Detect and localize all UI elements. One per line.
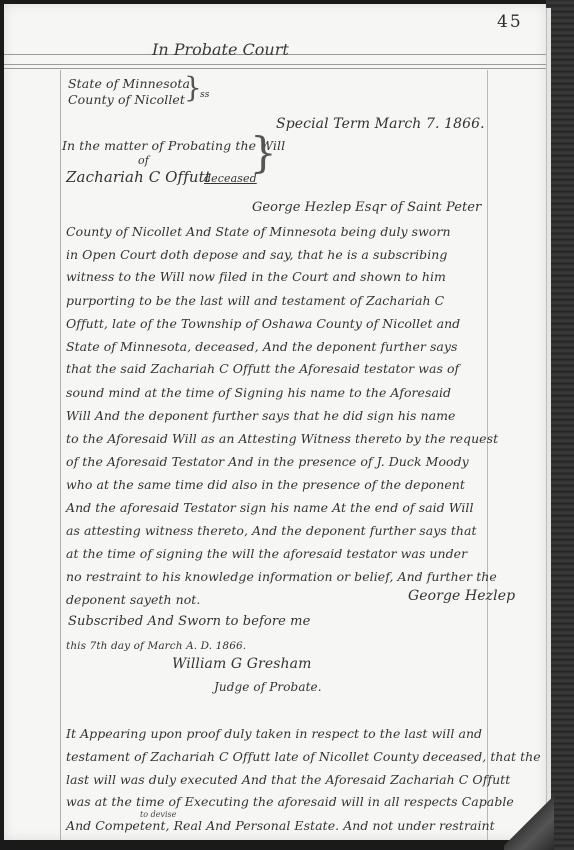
certificate-line: was at the time of Executing the aforesa… xyxy=(66,794,514,809)
matter-bracket: } xyxy=(250,132,277,174)
deposition-line: Will And the deponent further says that … xyxy=(66,408,455,423)
deposition-line: purporting to be the last will and testa… xyxy=(66,293,444,308)
right-margin-rule xyxy=(487,70,488,840)
judge-title: Judge of Probate. xyxy=(214,680,322,694)
deposition-line: who at the same time did also in the pre… xyxy=(66,477,465,492)
venue-ss: ss xyxy=(200,90,209,100)
deposition-line: to the Aforesaid Will as an Attesting Wi… xyxy=(66,431,498,446)
page-number: 45 xyxy=(497,12,523,32)
deposition-line: in Open Court doth depose and say, that … xyxy=(66,247,447,262)
decedent-name: Zachariah C Offutt xyxy=(66,168,211,186)
left-margin-rule xyxy=(60,70,61,840)
deposition-line: Offutt, late of the Township of Oshawa C… xyxy=(66,316,460,331)
certificate-line: testament of Zachariah C Offutt late of … xyxy=(66,749,541,764)
matter-of: of xyxy=(138,154,149,167)
deposition-line: State of Minnesota, deceased, And the de… xyxy=(66,339,458,354)
venue-state: State of Minnesota xyxy=(68,76,190,91)
decedent-deceased: deceased xyxy=(204,172,257,185)
certificate-line: last will was duly executed And that the… xyxy=(66,772,510,787)
deposition-line: as attesting witness thereto, And the de… xyxy=(66,523,477,538)
deposition-line: no restraint to his knowledge informatio… xyxy=(66,569,497,584)
deposition-line: at the time of signing the will the afor… xyxy=(66,546,467,561)
header-rule-bottom xyxy=(4,68,546,69)
deposition-line: sound mind at the time of Signing his na… xyxy=(66,385,451,400)
ledger-page: 45 In Probate Court State of Minnesota C… xyxy=(4,4,546,840)
jurat-line: Subscribed And Sworn to before me xyxy=(68,614,310,629)
deposition-line: of the Aforesaid Testator And in the pre… xyxy=(66,454,469,469)
court-title: In Probate Court xyxy=(152,40,289,59)
page-edge xyxy=(546,8,551,838)
special-term-date: Special Term March 7. 1866. xyxy=(276,116,485,132)
header-rule-middle xyxy=(4,64,546,65)
deponent-signature: George Hezlep xyxy=(408,588,515,604)
deposition-line: And the aforesaid Testator sign his name… xyxy=(66,500,474,515)
judge-signature: William G Gresham xyxy=(172,656,311,672)
venue-county: County of Nicollet xyxy=(68,92,185,107)
certificate-line: And Competent, Real And Personal Estate.… xyxy=(66,818,495,833)
deposition-line: that the said Zachariah C Offutt the Afo… xyxy=(66,361,459,376)
page-curl-shadow xyxy=(504,790,554,850)
deposition-line: George Hezlep Esqr of Saint Peter xyxy=(252,200,481,215)
certificate-line: It Appearing upon proof duly taken in re… xyxy=(66,726,482,741)
deposition-line: deponent sayeth not. xyxy=(66,592,200,607)
jurat-date: this 7th day of March A. D. 1866. xyxy=(66,640,246,652)
deposition-line: County of Nicollet And State of Minnesot… xyxy=(66,224,451,239)
deposition-line: witness to the Will now filed in the Cou… xyxy=(66,269,446,284)
